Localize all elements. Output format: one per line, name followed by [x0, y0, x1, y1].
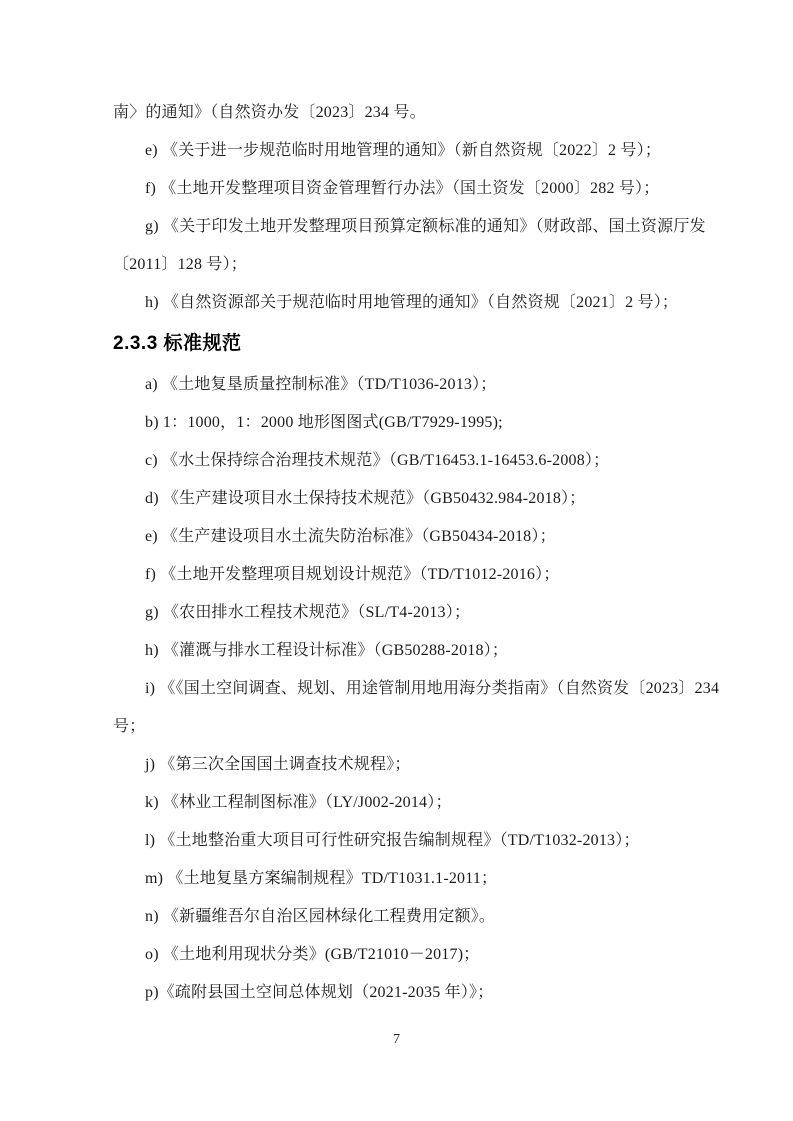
body-paragraph: h) 《自然资源部关于规范临时用地管理的通知》（自然资规〔2021〕2 号）；	[113, 284, 773, 322]
body-paragraph: 南〉的通知》（自然资办发〔2023〕234 号。	[113, 94, 773, 132]
page-number: 7	[0, 1032, 793, 1048]
body-paragraph: e) 《关于进一步规范临时用地管理的通知》（新自然资规〔2022〕2 号）；	[113, 132, 773, 170]
list-item: a) 《土地复垦质量控制标准》（TD/T1036-2013）；	[113, 366, 773, 404]
list-item: k) 《林业工程制图标准》（LY/J002-2014）；	[113, 784, 773, 822]
document-body: 南〉的通知》（自然资办发〔2023〕234 号。 e) 《关于进一步规范临时用地…	[113, 94, 773, 1012]
list-item: j) 《第三次全国国土调查技术规程》；	[113, 746, 773, 784]
list-item: e) 《生产建设项目水土流失防治标准》（GB50434-2018）；	[113, 518, 773, 556]
list-item: b) 1：1000，1：2000 地形图图式(GB/T7929-1995);	[113, 404, 773, 442]
body-paragraph: f) 《土地开发整理项目资金管理暂行办法》（国土资发〔2000〕282 号）；	[113, 170, 773, 208]
list-item: g) 《农田排水工程技术规范》（SL/T4-2013）；	[113, 594, 773, 632]
list-item: l) 《土地整治重大项目可行性研究报告编制规程》（TD/T1032-2013）；	[113, 822, 773, 860]
list-item: p)《疏附县国土空间总体规划（2021-2035 年）》；	[113, 974, 773, 1012]
list-item: m) 《土地复垦方案编制规程》TD/T1031.1-2011；	[113, 860, 773, 898]
list-item: c) 《水土保持综合治理技术规范》（GB/T16453.1-16453.6-20…	[113, 442, 773, 480]
section-heading: 2.3.3 标准规范	[113, 329, 773, 359]
list-item: i) 《《国土空间调查、规划、用途管制用地用海分类指南》（自然资发〔2023〕2…	[113, 670, 773, 746]
list-item: d) 《生产建设项目水土保持技术规范》（GB50432.984-2018）；	[113, 480, 773, 518]
document-page: 南〉的通知》（自然资办发〔2023〕234 号。 e) 《关于进一步规范临时用地…	[0, 0, 793, 1121]
list-item: o) 《土地利用现状分类》(GB/T21010－2017)；	[113, 936, 773, 974]
body-paragraph: g) 《关于印发土地开发整理项目预算定额标准的通知》（财政部、国土资源厅发 〔2…	[113, 208, 773, 284]
list-item: n) 《新疆维吾尔自治区园林绿化工程费用定额》。	[113, 898, 773, 936]
list-item: h) 《灌溉与排水工程设计标准》（GB50288-2018）；	[113, 632, 773, 670]
list-item: f) 《土地开发整理项目规划设计规范》（TD/T1012-2016）；	[113, 556, 773, 594]
